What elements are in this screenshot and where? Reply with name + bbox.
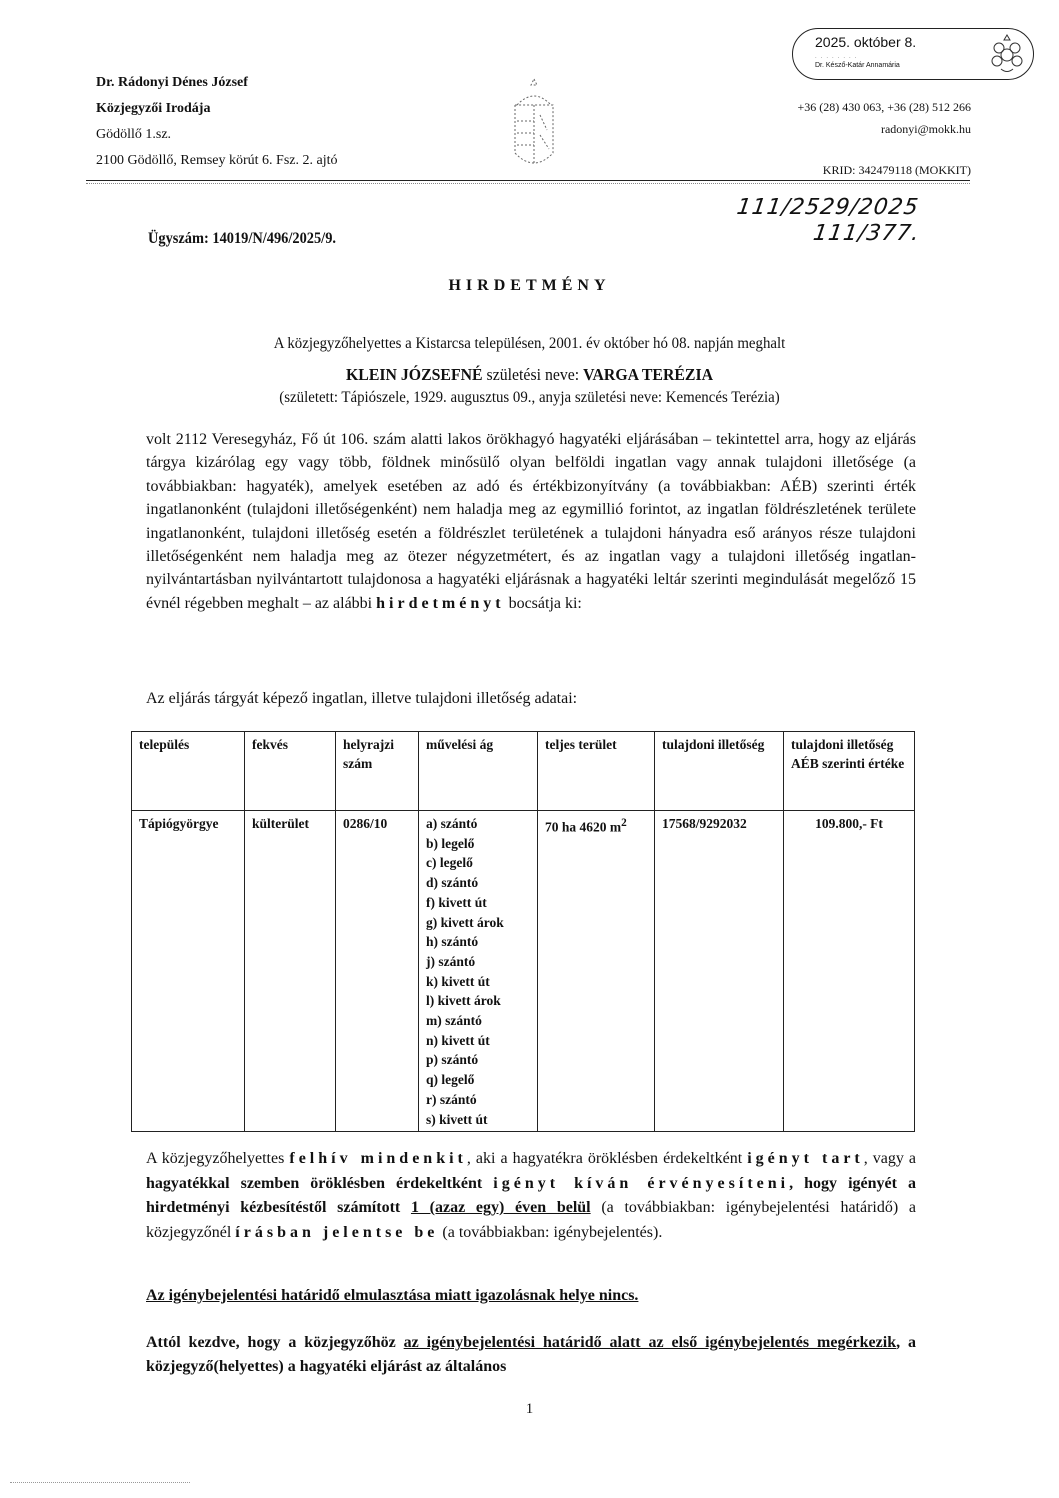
call-emph-2: igényt tart xyxy=(747,1150,864,1167)
notary-name: Dr. Rádonyi Dénes József xyxy=(96,70,338,96)
call-emph-1: felhív mindenkit xyxy=(289,1150,467,1167)
contact-block: +36 (28) 430 063, +36 (28) 512 266 radon… xyxy=(797,96,971,140)
call-emph-4: írásban jelentse be xyxy=(235,1224,438,1241)
call-emph-3: igényt kíván érvényesíteni xyxy=(493,1175,789,1192)
cultivation-item: d) szántó xyxy=(426,873,530,893)
col-header-fekves: fekvés xyxy=(245,732,336,811)
col-header-hrsz: helyrajzi szám xyxy=(336,732,419,811)
call-text-6: (a továbbiakban: igénybejelentés). xyxy=(442,1224,662,1241)
office-name: Közjegyzői Irodája xyxy=(96,96,338,122)
call-deadline: 1 (azaz egy) éven belül xyxy=(411,1199,591,1216)
call-bold-1: hagyatékkal szemben öröklésben érdekeltk… xyxy=(146,1175,482,1192)
table-row: Tápiógyörgye külterület 0286/10 a) szánt… xyxy=(132,811,915,1132)
paragraph-main-emphasis: hirdetményt xyxy=(376,595,504,612)
cultivation-item: f) kivett út xyxy=(426,893,530,913)
warning-line: Az igénybejelentési határidő elmulasztás… xyxy=(146,1287,638,1305)
table-intro: Az eljárás tárgyát képező ingatlan, ille… xyxy=(146,690,577,708)
cell-telepules: Tápiógyörgye xyxy=(132,811,245,1132)
cell-hrsz: 0286/10 xyxy=(336,811,419,1132)
cell-aeb-ertek: 109.800,- Ft xyxy=(784,811,915,1132)
notary-office-block: Dr. Rádonyi Dénes József Közjegyzői Irod… xyxy=(96,70,338,174)
call-text-1: A közjegyzőhelyettes xyxy=(146,1150,284,1167)
paragraph-main-text: volt 2112 Veresegyház, Fő út 106. szám a… xyxy=(146,431,916,612)
scan-artifact xyxy=(10,1482,190,1483)
header-divider-dotted xyxy=(86,183,970,184)
terulet-value: 70 ha 4620 m xyxy=(545,820,621,835)
case-number: Ügyszám: 14019/N/496/2025/9. xyxy=(148,230,336,248)
coat-of-arms-icon xyxy=(505,75,563,175)
property-table: település fekvés helyrajzi szám művelési… xyxy=(131,731,915,1132)
birth-name: VARGA TERÉZIA xyxy=(583,365,713,384)
office-seat: Gödöllő 1.sz. xyxy=(96,122,338,148)
paragraph-call: A közjegyzőhelyettes felhív mindenkit, a… xyxy=(146,1147,916,1245)
stamp-dots: ........ xyxy=(815,54,860,60)
cultivation-item: q) legelő xyxy=(426,1070,530,1090)
cell-illetoseg: 17568/9292032 xyxy=(655,811,784,1132)
header-divider xyxy=(86,180,970,181)
deceased-name-line: KLEIN JÓZSEFNÉ születési neve: VARGA TER… xyxy=(37,365,1022,385)
cultivation-item: s) kivett út xyxy=(426,1110,530,1130)
col-header-muvelesi-ag: művelési ág xyxy=(419,732,538,811)
receipt-stamp: 2025. október 8. ........ Dr. Késző-Katá… xyxy=(792,28,1034,80)
cultivation-item: k) kivett út xyxy=(426,972,530,992)
handwritten-line-1: 111/2529/2025 xyxy=(735,195,925,221)
procedure-text-1: Attól kezdve, hogy a közjegyzőhöz xyxy=(146,1334,396,1351)
paragraph-main: volt 2112 Veresegyház, Fő út 106. szám a… xyxy=(146,428,916,615)
handwritten-line-2: 111/377. xyxy=(731,221,921,247)
deceased-name: KLEIN JÓZSEFNÉ xyxy=(346,365,483,384)
cell-muvelesi-ag: a) szántób) legelőc) legelőd) szántóf) k… xyxy=(419,811,538,1132)
call-text-3: , vagy a xyxy=(864,1150,916,1167)
page-number: 1 xyxy=(0,1401,1059,1418)
handwritten-reference: 111/2529/2025 111/377. xyxy=(731,195,925,247)
cultivation-item: p) szántó xyxy=(426,1050,530,1070)
cultivation-item: r) szántó xyxy=(426,1090,530,1110)
paragraph-procedure: Attól kezdve, hogy a közjegyzőhöz az igé… xyxy=(146,1331,916,1379)
cultivation-item: g) kivett árok xyxy=(426,913,530,933)
col-header-aeb-ertek: tulajdoni illetőség AÉB szerinti értéke xyxy=(784,732,915,811)
col-header-telepules: település xyxy=(132,732,245,811)
cell-terulet: 70 ha 4620 m2 xyxy=(538,811,655,1132)
birth-details: (született: Tápiószele, 1929. augusztus … xyxy=(37,389,1022,407)
cultivation-item: a) szántó xyxy=(426,814,530,834)
terulet-unit-sup: 2 xyxy=(621,817,627,829)
krid-id: KRID: 342479118 (MOKKIT) xyxy=(823,163,971,178)
cultivation-item: m) szántó xyxy=(426,1011,530,1031)
cell-fekves: külterület xyxy=(245,811,336,1132)
procedure-underlined: az igénybejelentési határidő alatt az el… xyxy=(404,1334,896,1351)
birth-name-label: születési neve: xyxy=(487,365,580,384)
email-address[interactable]: radonyi@mokk.hu xyxy=(797,118,971,140)
seal-emblem-icon xyxy=(987,33,1027,75)
document-title: HIRDETMÉNY xyxy=(0,277,1059,295)
phone-numbers: +36 (28) 430 063, +36 (28) 512 266 xyxy=(797,96,971,118)
office-address: 2100 Gödöllő, Remsey körút 6. Fsz. 2. aj… xyxy=(96,148,338,174)
stamp-signer: Dr. Késző-Katár Annamária xyxy=(815,62,900,69)
cultivation-item: n) kivett út xyxy=(426,1031,530,1051)
call-text-2: , aki a hagyatékra öröklésben érdekeltké… xyxy=(467,1150,742,1167)
col-header-illetoseg: tulajdoni illetőség xyxy=(655,732,784,811)
cultivation-item: j) szántó xyxy=(426,952,530,972)
intro-line: A közjegyzőhelyettes a Kistarcsa települ… xyxy=(37,335,1022,353)
table-header-row: település fekvés helyrajzi szám művelési… xyxy=(132,732,915,811)
stamp-date: 2025. október 8. xyxy=(815,34,916,50)
cultivation-item: l) kivett árok xyxy=(426,991,530,1011)
cultivation-item: b) legelő xyxy=(426,834,530,854)
paragraph-main-tail: bocsátja ki: xyxy=(509,595,582,612)
cultivation-item: h) szántó xyxy=(426,932,530,952)
col-header-terulet: teljes terület xyxy=(538,732,655,811)
cultivation-item: c) legelő xyxy=(426,853,530,873)
